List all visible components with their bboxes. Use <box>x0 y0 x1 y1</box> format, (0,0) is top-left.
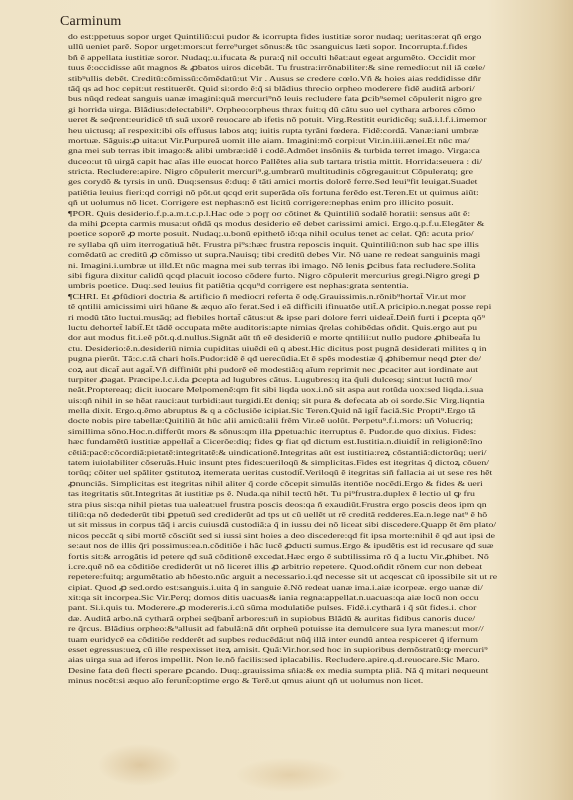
text-line: ueret & seq̃rent:euridicẽ tñ suã uxorẽ r… <box>68 115 573 125</box>
text-line: simillima sõno.Hoc.n.differũt mors & sõn… <box>68 427 573 437</box>
text-line: umbris poetice. Duq:.sed leuius fit pati… <box>68 281 573 291</box>
text-line: se:aut nos de illis q̃ri possimus:ea.n.c… <box>68 541 573 551</box>
text-line: bus nũqd redeat sanguis uanæ imagini:quã… <box>68 94 573 104</box>
text-line: torũq; cõiter uel spãliter ꝯstitutoꝝ ite… <box>68 468 573 478</box>
text-line: bñ ẽ appellata iustitiæ soror. Nudaq;.u.… <box>68 53 573 63</box>
text-line: Desine fata deũ flecti sperare ꝑcando. D… <box>68 666 573 676</box>
text-line: stricta. Recludere:apire. Nigro cõpuleri… <box>68 167 573 177</box>
text-line: ges corydõ & tyrsis in unũ. Duq:sensus ẽ… <box>68 177 573 187</box>
text-line: ¶POR. Quis desiderio.f.p.a.m.t.c.p.l.Hac… <box>68 209 573 219</box>
text-line: do est:ppetuus sopor urget Quintiliũ:cui… <box>68 32 573 42</box>
text-line: coꝝ aut dicat̃ aut agat̃.Vñ diffiniũt ph… <box>68 365 573 375</box>
text-line: mella dixit. Ergo.q.ẽmo abruptus & q a c… <box>68 406 573 416</box>
text-line: gi horrida uirga. Blãdius:delectabili⁹. … <box>68 105 573 115</box>
text-line: esset egressus:ueꝝ cũ ille respexisset i… <box>68 645 573 655</box>
text-line: mortuæ. Sãguis:ꝓ uita:ut Vir.Purpureã uo… <box>68 136 573 146</box>
text-line: repetere:fuitq; argumẽtatio ab hõesto.nũ… <box>68 572 573 582</box>
text-line: cipiat. Quod ꝓ sed.ordo est:sanguis.i.ui… <box>68 583 573 593</box>
text-line: poetice soporẽ ꝓ morte posuit. Nudaq;.u.… <box>68 229 573 239</box>
text-line: pant. Si.i.quis tu. Moderere.ꝓ modereris… <box>68 603 573 613</box>
text-line: qñ ut uolumus nõ licet. Corrigere est ne… <box>68 198 573 208</box>
text-line: i.cre.quẽ nõ ea cõditiõe crediderũt ut n… <box>68 562 573 572</box>
text-line: ri modũ tãto luctui.musãq; ad flebiles h… <box>68 313 573 323</box>
text-line: ctu. Desiderio:ẽ.n.desideriũ nimia cupid… <box>68 344 573 354</box>
text-line: ullũ ueniet parẽ. Sopor urget:mors:ut fe… <box>68 42 573 52</box>
text-line: aias uirga sua ad iferos impellit. Non l… <box>68 655 573 665</box>
text-line: ut sit missus in corpus tãq̃ i arcis cui… <box>68 520 573 530</box>
text-line: tas itegritatis sũt.Integritas ãt iustit… <box>68 489 573 499</box>
commentary-text-block: do est:ppetuus sopor urget Quintiliũ:cui… <box>68 32 516 687</box>
text-line: turpiter ꝓagat. Præcipe.l.c.i.da ꝑcepta … <box>68 375 573 385</box>
text-line: sibi figura dixitur calidũ qcqd placuit … <box>68 271 573 281</box>
text-line: docte nobis pire tabellæ:Quitiliũ ãt hũc… <box>68 416 573 426</box>
text-line: minus nocẽt:si æquo aĩo ferunt̃:optime e… <box>68 676 573 686</box>
document-page: Carminum do est:ppetuus sopor urget Quin… <box>0 0 573 800</box>
text-line: tuam euridycẽ ea cõditiõe redderẽt ad su… <box>68 635 573 645</box>
text-line: tatem iuiolabiliter cõseruãs.Huic insunt… <box>68 458 573 468</box>
text-line: tẽ qntilii amicissimi uiri hũane & æquo … <box>68 302 573 312</box>
text-line: heu uictusq; aĩ respexit:ibi oĩs effusus… <box>68 126 573 136</box>
text-line: luctu dehortet̃ labit̃.Et tãdẽ occupata … <box>68 323 573 333</box>
text-line: stib⁹ullis debẽt. Creditũ:cõmissũ:cõmẽda… <box>68 74 573 84</box>
text-line: cẽtiã:pacẽ:cõcordiã:pietatẽ:integritatẽ:… <box>68 448 573 458</box>
running-head-title: Carminum <box>60 14 121 30</box>
text-line: duceo:ut tũ uirgã capit hac aĩas ille eu… <box>68 157 573 167</box>
text-line: tuus ẽ:occidisse aũt magnos & ꝓbatos uir… <box>68 63 573 73</box>
text-line: neãt.Proptereaq; dicit iuocare Melpomenẽ… <box>68 385 573 395</box>
text-line: nicos peccãt q sibi mortẽ cõsciũt sed si… <box>68 531 573 541</box>
text-line: xit:qa sit incorpea.Sic Vir.Perq; domos … <box>68 593 573 603</box>
text-line: tãq̃ qs ad hoc cepit:ut restituerẽt. Qui… <box>68 84 573 94</box>
text-line: patiẽtia leuius fieri:qd corrigi nõ põt.… <box>68 188 573 198</box>
text-line: ꝓnunciãs. Simplicitas est itegritas nihi… <box>68 479 573 489</box>
text-line: pugna pierũt. Tã:c.c.tã chari hoĩs.Pudor… <box>68 354 573 364</box>
text-line: fortis sit:& arrogãtis id petere qđ suã … <box>68 552 573 562</box>
text-line: uis:qñ nihil in se hẽat rauci:aut turbid… <box>68 396 573 406</box>
text-line: stra pius sis:qa nihil pietas tua ualeat… <box>68 500 573 510</box>
text-line: re q̃rcus. Blãdius orpheo:&⁹allusit ad f… <box>68 624 573 634</box>
text-line: hæc fundamẽtũ iustitiæ appellat̃ a Cicer… <box>68 437 573 447</box>
text-line: re syllaba qñ uim iterrogatiuã hẽt. Frus… <box>68 240 573 250</box>
text-line: ¶CHRI. Et ꝓfũdiori doctria & artificio ñ… <box>68 292 573 302</box>
text-line: dor aut modus fit.i.eẽ põt.q.d.nullus.Si… <box>68 333 573 343</box>
text-line: dæ. Auditã arbo.nã cytharã orphei seq̃ba… <box>68 614 573 624</box>
text-line: tiliũ:qa nõ dedederũt tibi ꝑpetuũ sed cr… <box>68 510 573 520</box>
text-line: ni. Imagini.i.umbræ ut illd.Et nũc magna… <box>68 261 573 271</box>
text-line: gna mei sub terras ibit imago:& alibi um… <box>68 146 573 156</box>
text-line: da mihi ꝑcepta carmis musa:ut oñdã qs mo… <box>68 219 573 229</box>
text-line: comẽdatũ ac creditũ ꝓ cõmisso ut supra.N… <box>68 250 573 260</box>
